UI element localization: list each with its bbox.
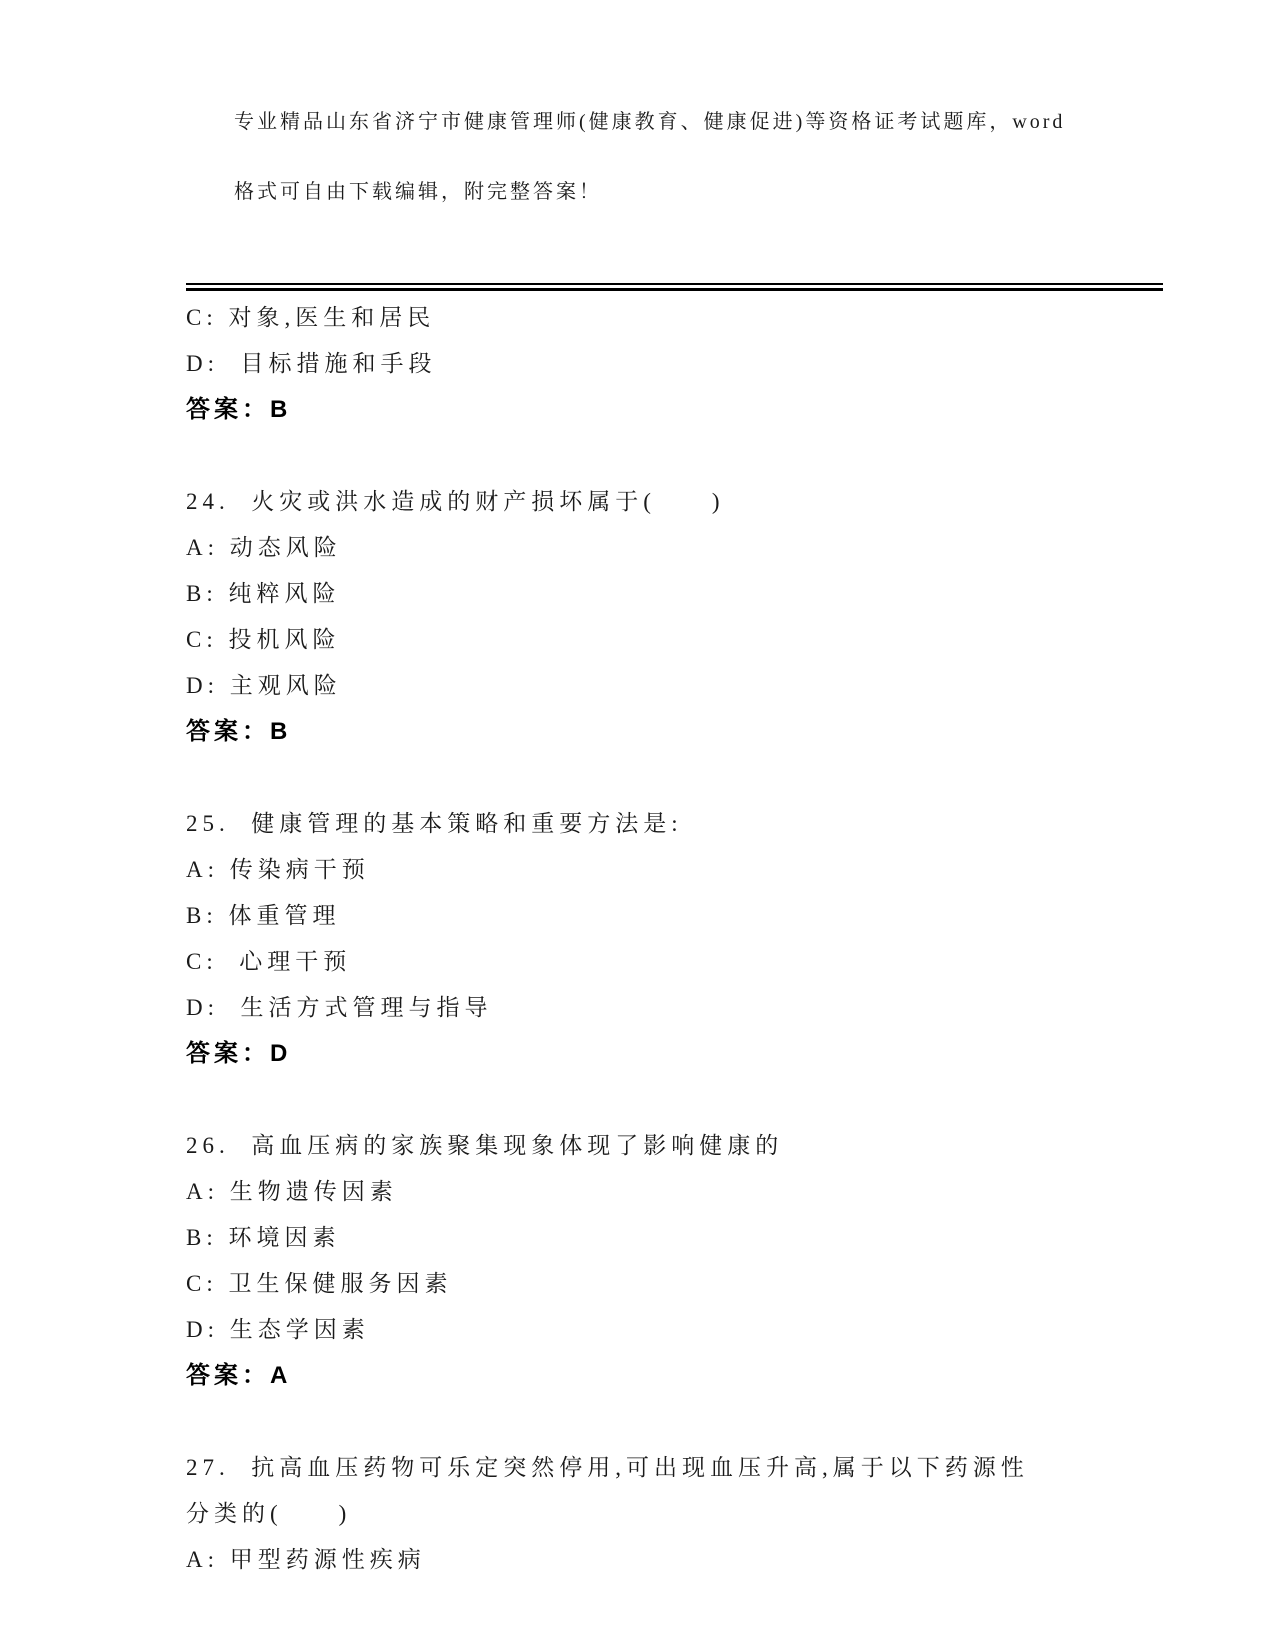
answer-line: 答案：D bbox=[186, 1031, 1163, 1077]
question-26: 26. 高血压病的家族聚集现象体现了影响健康的 A: 生物遗传因素 B: 环境因… bbox=[186, 1123, 1163, 1399]
header-line-1: 专业精品山东省济宁市健康管理师(健康教育、健康促进)等资格证考试题库，word bbox=[234, 111, 1065, 133]
question-text-line-2: 分类的( ) bbox=[186, 1491, 1163, 1537]
option-c: C: 心理干预 bbox=[186, 939, 1163, 985]
question-text-line-1: 27. 抗高血压药物可乐定突然停用,可出现血压升高,属于以下药源性 bbox=[186, 1445, 1163, 1491]
option-d: D: 生活方式管理与指导 bbox=[186, 985, 1163, 1031]
header-divider bbox=[186, 283, 1163, 291]
option-c: C: 投机风险 bbox=[186, 617, 1163, 663]
page-content: 专业精品山东省济宁市健康管理师(健康教育、健康促进)等资格证考试题库，word … bbox=[186, 0, 1163, 1583]
question-text: 26. 高血压病的家族聚集现象体现了影响健康的 bbox=[186, 1123, 1163, 1169]
option-d: D: 主观风险 bbox=[186, 663, 1163, 709]
question-text: 25. 健康管理的基本策略和重要方法是: bbox=[186, 801, 1163, 847]
questions-area: C: 对象,医生和居民 D: 目标措施和手段 答案：B 24. 火灾或洪水造成的… bbox=[186, 295, 1163, 1583]
option-c: C: 卫生保健服务因素 bbox=[186, 1261, 1163, 1307]
question-text: 24. 火灾或洪水造成的财产损坏属于( ) bbox=[186, 479, 1163, 525]
answer-line: 答案：A bbox=[186, 1353, 1163, 1399]
option-c: C: 对象,医生和居民 bbox=[186, 295, 1163, 341]
option-a: A: 动态风险 bbox=[186, 525, 1163, 571]
option-b: B: 纯粹风险 bbox=[186, 571, 1163, 617]
option-d: D: 目标措施和手段 bbox=[186, 341, 1163, 387]
question-continuation: C: 对象,医生和居民 D: 目标措施和手段 答案：B bbox=[186, 295, 1163, 433]
option-a: A: 生物遗传因素 bbox=[186, 1169, 1163, 1215]
option-a: A: 甲型药源性疾病 bbox=[186, 1537, 1163, 1583]
question-25: 25. 健康管理的基本策略和重要方法是: A: 传染病干预 B: 体重管理 C:… bbox=[186, 801, 1163, 1077]
option-b: B: 环境因素 bbox=[186, 1215, 1163, 1261]
option-b: B: 体重管理 bbox=[186, 893, 1163, 939]
page-header-notice: 专业精品山东省济宁市健康管理师(健康教育、健康促进)等资格证考试题库，word … bbox=[186, 70, 1163, 245]
document-page: 专业精品山东省济宁市健康管理师(健康教育、健康促进)等资格证考试题库，word … bbox=[0, 0, 1275, 1650]
answer-line: 答案：B bbox=[186, 709, 1163, 755]
answer-line: 答案：B bbox=[186, 387, 1163, 433]
option-d: D: 生态学因素 bbox=[186, 1307, 1163, 1353]
question-24: 24. 火灾或洪水造成的财产损坏属于( ) A: 动态风险 B: 纯粹风险 C:… bbox=[186, 479, 1163, 755]
option-a: A: 传染病干预 bbox=[186, 847, 1163, 893]
header-line-2: 格式可自由下载编辑，附完整答案！ bbox=[234, 181, 602, 203]
question-27: 27. 抗高血压药物可乐定突然停用,可出现血压升高,属于以下药源性 分类的( )… bbox=[186, 1445, 1163, 1583]
